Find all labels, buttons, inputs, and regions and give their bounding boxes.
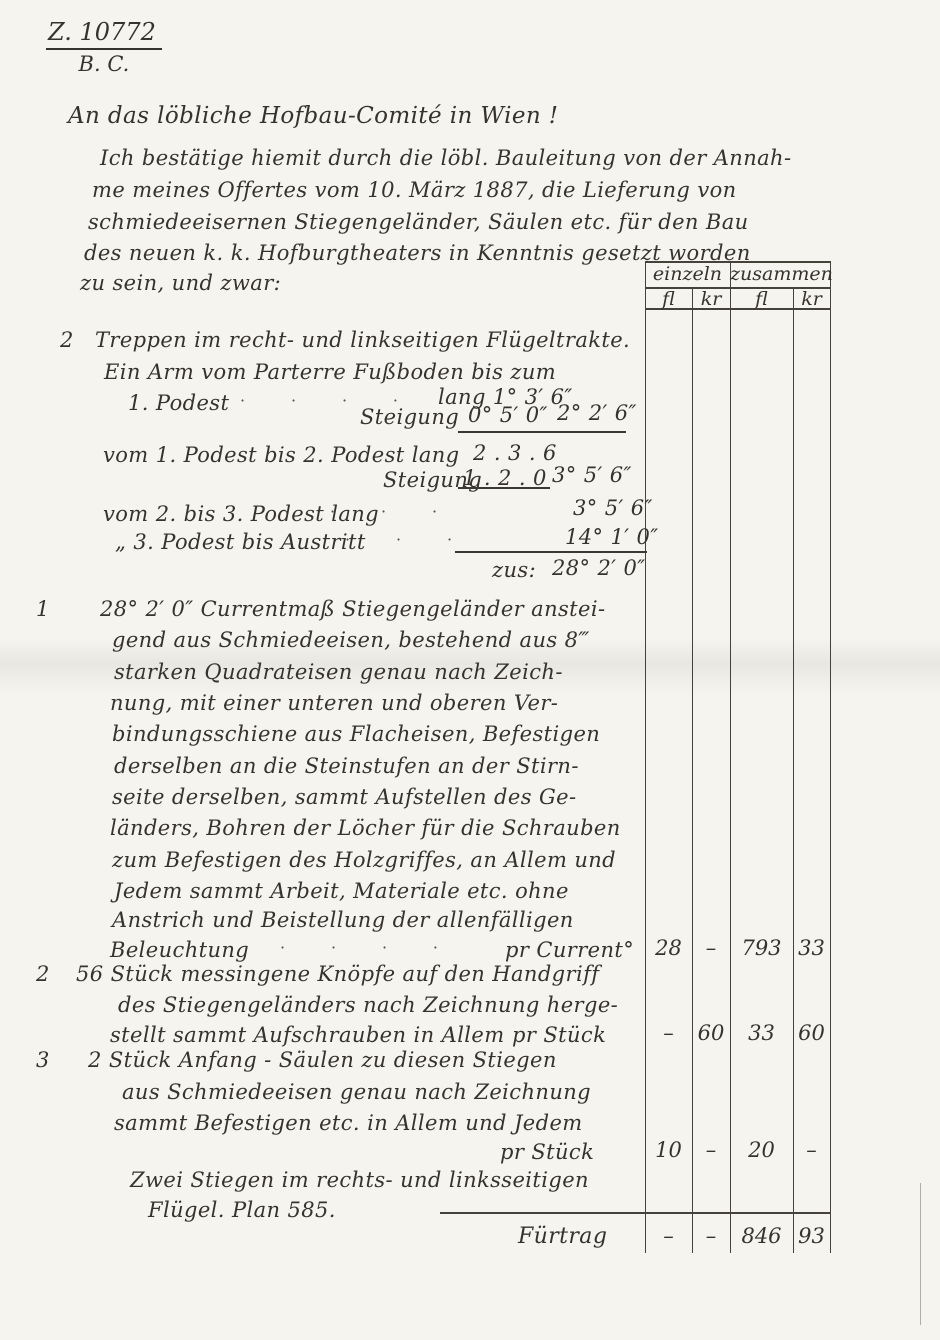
measure-label: 1. Podest bbox=[128, 391, 229, 415]
intro-line: zu sein, und zwar: bbox=[80, 271, 281, 295]
item-text-line: länders, Bohren der Löcher für die Schra… bbox=[110, 816, 621, 840]
table-kr1-rule bbox=[692, 287, 693, 1253]
salutation: An das löbliche Hofbau-Comité in Wien ! bbox=[68, 103, 558, 129]
carryover-rule bbox=[440, 1212, 830, 1214]
staircase-qty: 2 bbox=[60, 328, 74, 352]
amount-kr-total: 93 bbox=[794, 1224, 829, 1248]
amount-kr-each: – bbox=[693, 936, 729, 960]
item-text-line: 56 Stück messingene Knöpfe auf den Handg… bbox=[76, 962, 599, 986]
item-text-line: aus Schmiedeeisen genau nach Zeichnung bbox=[122, 1080, 591, 1104]
table-subheader-kr-einzeln: kr bbox=[692, 288, 730, 310]
item-text-line: 2 Stück Anfang - Säulen zu diesen Stiege… bbox=[88, 1048, 557, 1072]
amount-fl-each: – bbox=[646, 1021, 691, 1045]
scan-edge-artifact bbox=[920, 1183, 921, 1325]
item-text-line: Anstrich und Beistellung der allenfällig… bbox=[112, 908, 574, 932]
item-text-line: derselben an die Steinstufen an der Stir… bbox=[114, 754, 579, 778]
dot-leader: · · · bbox=[345, 530, 452, 549]
measure-value: 2° 2′ 6″ bbox=[557, 401, 637, 425]
table-header-einzeln: einzeln bbox=[645, 263, 730, 285]
amount-fl-total: 33 bbox=[731, 1021, 792, 1045]
sum-rule bbox=[455, 551, 647, 553]
item-number: 1 bbox=[36, 597, 50, 621]
table-subheader-kr-zusammen: kr bbox=[793, 288, 830, 310]
amount-kr-each: – bbox=[693, 1138, 729, 1162]
amount-kr-total: 33 bbox=[794, 936, 829, 960]
item-text-line: Beleuchtung bbox=[110, 938, 249, 962]
amount-kr-each: – bbox=[693, 1224, 729, 1248]
table-kr2-rule bbox=[793, 287, 794, 1253]
amount-fl-each: 10 bbox=[646, 1138, 691, 1162]
item-text-line: stellt sammt Aufschrauben in Allem bbox=[110, 1023, 505, 1047]
amount-fl-each: – bbox=[646, 1224, 691, 1248]
sum-value: 28° 2′ 0″ bbox=[552, 556, 646, 580]
amount-fl-total: 20 bbox=[731, 1138, 792, 1162]
item-text-line: starken Quadrateisen genau nach Zeich- bbox=[114, 660, 563, 684]
amount-kr-each: 60 bbox=[693, 1021, 729, 1045]
steigung-underline bbox=[458, 487, 550, 489]
item-text-line: sammt Befestigen etc. in Allem und Jedem bbox=[114, 1111, 583, 1135]
intro-line: Ich bestätige hiemit durch die löbl. Bau… bbox=[100, 146, 791, 170]
carryover-label: Fürtrag bbox=[518, 1224, 607, 1249]
table-header-zusammen: zusammen bbox=[730, 263, 830, 285]
measure-label: „ 3. Podest bis Austritt bbox=[115, 530, 366, 554]
docket-number: Z. 10772 B. C. bbox=[46, 18, 162, 76]
amount-fl-total: 793 bbox=[731, 936, 792, 960]
measure-value: 2 . 3 . 6 bbox=[473, 441, 557, 465]
price-unit-label: pr Stück bbox=[512, 1023, 606, 1047]
dot-leader: · · · · bbox=[280, 938, 438, 957]
amount-kr-total: 60 bbox=[794, 1021, 829, 1045]
closing-line: Flügel. Plan 585. bbox=[148, 1198, 336, 1222]
staircase-line: Treppen im recht- und linkseitigen Flüge… bbox=[95, 328, 630, 352]
table-mid-rule bbox=[730, 261, 731, 1253]
amount-fl-total: 846 bbox=[731, 1224, 792, 1248]
document-page: Z. 10772 B. C. An das löbliche Hofbau-Co… bbox=[0, 0, 940, 1340]
amount-kr-total: – bbox=[794, 1138, 829, 1162]
measure-value: 3° 5′ 6″ bbox=[573, 496, 653, 520]
dot-leader: · · · bbox=[330, 502, 437, 521]
staircase-line: Ein Arm vom Parterre Fußboden bis zum bbox=[104, 360, 556, 384]
item-text-line: gend aus Schmiedeeisen, bestehend aus 8‴ bbox=[112, 628, 590, 652]
item-text-line: 28° 2′ 0″ Currentmaß Stiegengeländer ans… bbox=[100, 597, 605, 621]
item-number: 3 bbox=[36, 1048, 50, 1072]
table-right-rule bbox=[830, 261, 831, 1253]
price-unit-label: pr Stück bbox=[500, 1140, 594, 1164]
measure-value: 0° 5′ 0″ bbox=[468, 403, 548, 427]
table-subheader-fl-zusammen: fl bbox=[730, 288, 793, 310]
measure-value: 14° 1′ 0″ bbox=[565, 525, 659, 549]
table-left-rule bbox=[645, 261, 646, 1253]
closing-line: Zwei Stiegen im rechts- und linksseitige… bbox=[130, 1168, 589, 1192]
intro-line: me meines Offertes vom 10. März 1887, di… bbox=[92, 178, 737, 202]
table-subheader-fl-einzeln: fl bbox=[645, 288, 692, 310]
item-number: 2 bbox=[36, 962, 50, 986]
price-unit-label: pr Current° bbox=[505, 938, 634, 962]
steigung-underline bbox=[458, 431, 626, 433]
sum-label: zus: bbox=[492, 558, 536, 582]
docket-number-bottom: B. C. bbox=[46, 50, 162, 76]
item-text-line: nung, mit einer unteren und oberen Ver- bbox=[110, 691, 558, 715]
measure-label: Steigung bbox=[360, 405, 459, 429]
item-text-line: bindungsschiene aus Flacheisen, Befestig… bbox=[112, 722, 600, 746]
intro-line: schmiedeeisernen Stiegengeländer, Säulen… bbox=[88, 210, 749, 234]
amount-fl-each: 28 bbox=[646, 936, 691, 960]
item-text-line: zum Befestigen des Holzgriffes, an Allem… bbox=[112, 848, 616, 872]
item-text-line: Jedem sammt Arbeit, Materiale etc. ohne bbox=[114, 879, 569, 903]
item-text-line: des Stiegengeländers nach Zeichnung herg… bbox=[118, 993, 618, 1017]
item-text-line: seite derselben, sammt Aufstellen des Ge… bbox=[112, 785, 576, 809]
docket-number-top: Z. 10772 bbox=[46, 18, 162, 50]
measure-label: vom 1. Podest bis 2. Podest lang bbox=[103, 443, 460, 467]
measure-value: 3° 5′ 6″ bbox=[552, 463, 632, 487]
